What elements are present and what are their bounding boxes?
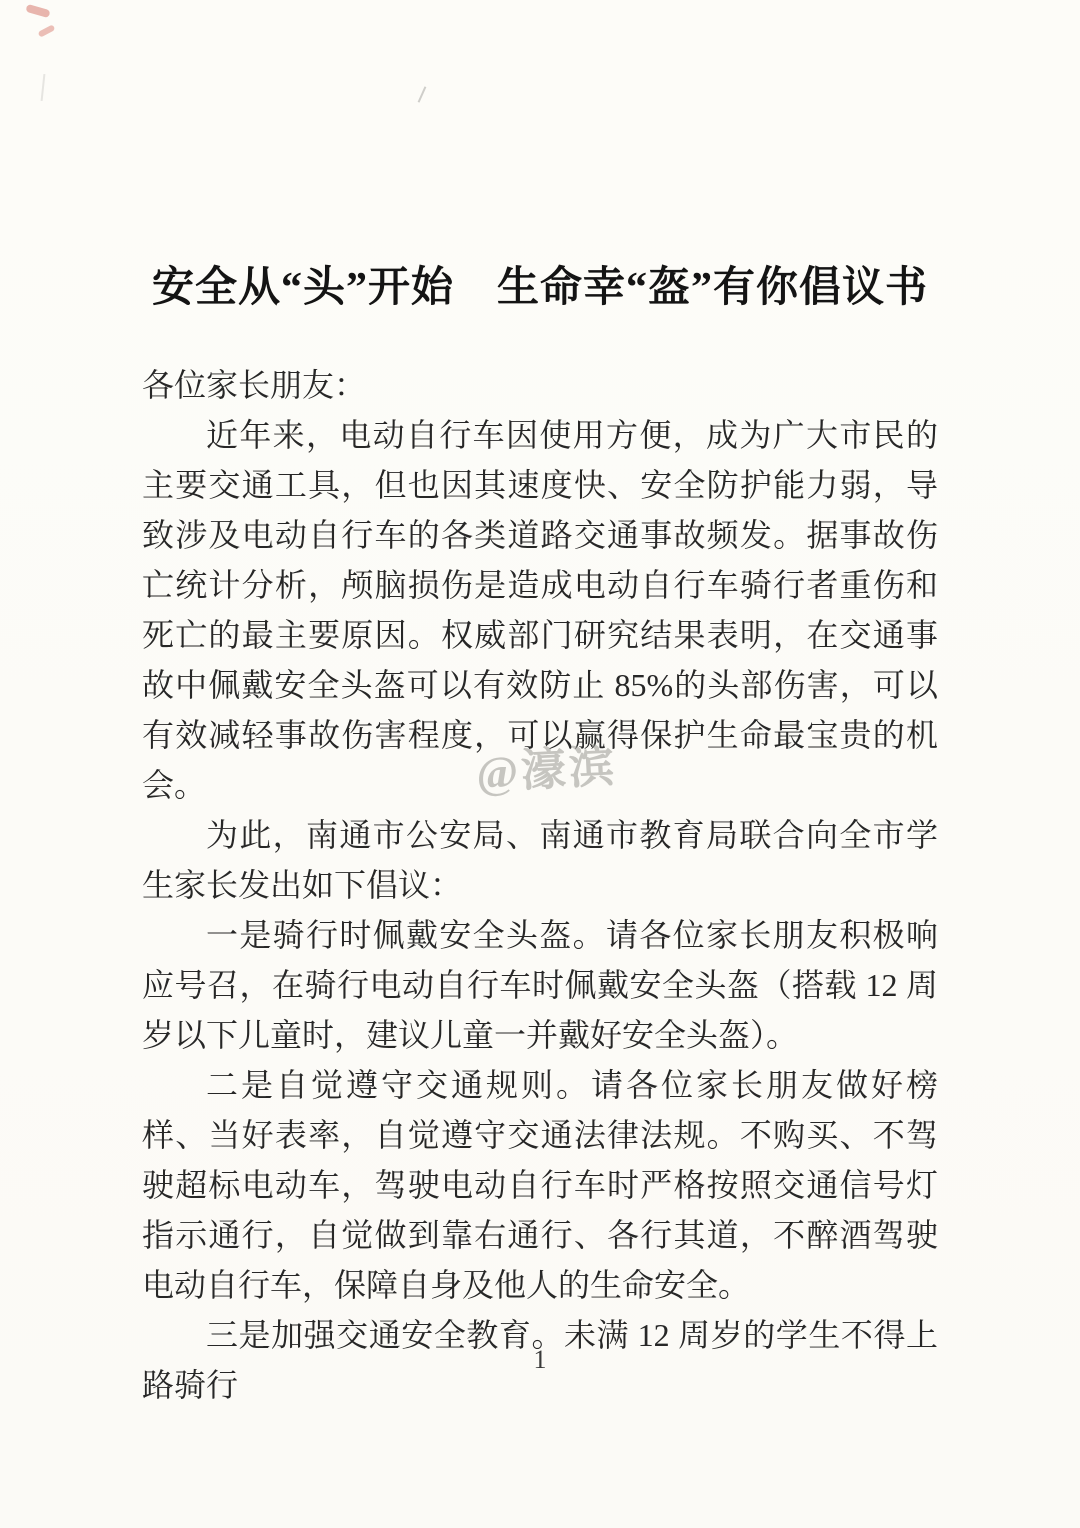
scan-artifact-red-mark <box>25 4 50 18</box>
document-page: 安全从“头”开始 生命幸“盔”有你倡议书 各位家长朋友： 近年来，电动自行车因使… <box>0 0 1080 1528</box>
scan-artifact-line <box>418 86 427 102</box>
document-title: 安全从“头”开始 生命幸“盔”有你倡议书 <box>0 254 1080 314</box>
salutation: 各位家长朋友： <box>142 360 938 410</box>
paragraph-item-2: 二是自觉遵守交通规则。请各位家长朋友做好榜样、当好表率，自觉遵守交通法律法规。不… <box>142 1060 938 1310</box>
scan-artifact-line <box>41 74 46 101</box>
paragraph-intro: 近年来，电动自行车因使用方便，成为广大市民的主要交通工具，但也因其速度快、安全防… <box>142 410 938 810</box>
paragraph-proposal-lead: 为此，南通市公安局、南通市教育局联合向全市学生家长发出如下倡议： <box>142 810 938 910</box>
document-body: 各位家长朋友： 近年来，电动自行车因使用方便，成为广大市民的主要交通工具，但也因… <box>142 360 938 1410</box>
scan-artifact-red-mark <box>38 24 56 37</box>
paragraph-item-1: 一是骑行时佩戴安全头盔。请各位家长朋友积极响应号召，在骑行电动自行车时佩戴安全头… <box>142 910 938 1060</box>
page-number: 1 <box>0 1345 1080 1375</box>
